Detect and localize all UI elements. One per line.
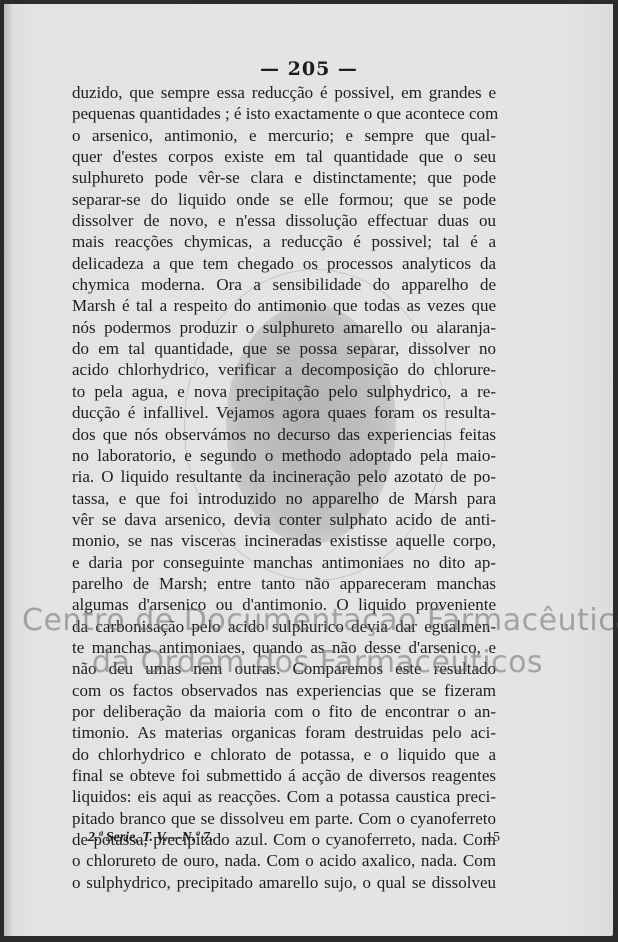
text-line: o arsenico, antimonio, e mercurio; e sem… bbox=[72, 125, 496, 146]
text-line: duzido, que sempre essa reducção é possi… bbox=[72, 82, 496, 103]
text-line: pitado branco que se dissolveu em parte.… bbox=[72, 808, 496, 829]
text-line: do chlorhydrico e chlorato de potassa, e… bbox=[72, 744, 496, 765]
text-line: liquidos: eis aqui as reacções. Com a po… bbox=[72, 786, 496, 807]
text-line: dissolver de novo, e n'essa dissolução e… bbox=[72, 210, 496, 231]
text-line: te manchas antimoniaes, quando as não de… bbox=[72, 637, 496, 658]
text-line: o chlorureto de ouro, nada. Com o acido … bbox=[72, 850, 496, 871]
text-line: do em tal quantidade, que se possa separ… bbox=[72, 338, 496, 359]
text-line: monio, se nas visceras incineradas exist… bbox=[72, 530, 496, 551]
signature-mark: 2.ª Serie, T. V.—N.º 7. bbox=[88, 830, 213, 846]
text-line: to pela agua, e nova precipitação pelo s… bbox=[72, 381, 496, 402]
text-line: quer d'estes corpos existe em tal quanti… bbox=[72, 146, 496, 167]
text-line: timonio. As materias organicas foram des… bbox=[72, 722, 496, 743]
text-line: ducção é infallivel. Vejamos agora quaes… bbox=[72, 402, 496, 423]
text-line: delicadeza a que tem chegado os processo… bbox=[72, 253, 496, 274]
sheet-number: 15 bbox=[486, 830, 500, 846]
text-line: pequenas quantidades ; é isto exactament… bbox=[72, 103, 496, 124]
page-footer: 2.ª Serie, T. V.—N.º 7. 15 bbox=[88, 830, 500, 846]
text-line: parelho de Marsh; entre tanto não appare… bbox=[72, 573, 496, 594]
text-line: no laboratorio, e segundo o methodo adop… bbox=[72, 445, 496, 466]
text-line: ria. O liquido resultante da incineração… bbox=[72, 466, 496, 487]
text-line: por deliberação da maioria com o fito de… bbox=[72, 701, 496, 722]
text-line: o sulphydrico, precipitado amarello sujo… bbox=[72, 872, 496, 893]
text-line: não deu umas nem outras. Comparemos este… bbox=[72, 658, 496, 679]
text-line: da carbonisação pelo acido sulphurico de… bbox=[72, 616, 496, 637]
page-number-header: — 205 — bbox=[0, 58, 618, 80]
text-line: tassa, e que foi introduzido no apparelh… bbox=[72, 488, 496, 509]
text-line: e daria por conseguinte manchas antimoni… bbox=[72, 552, 496, 573]
text-line: dos que nós observámos no decurso das ex… bbox=[72, 424, 496, 445]
text-line: chymica moderna. Ora a sensibilidade do … bbox=[72, 274, 496, 295]
body-text: duzido, que sempre essa reducção é possi… bbox=[72, 82, 496, 893]
text-line: final se obteve foi submettido á acção d… bbox=[72, 765, 496, 786]
text-line: mais reacções chymicas, a reducção é pos… bbox=[72, 231, 496, 252]
text-line: acido chlorhydrico, verificar a decompos… bbox=[72, 359, 496, 380]
text-line: algumas d'arsenico ou d'antimonio. O liq… bbox=[72, 594, 496, 615]
text-line: nós podermos produzir o sulphureto amare… bbox=[72, 317, 496, 338]
text-line: sulphureto pode vêr-se clara e distincta… bbox=[72, 167, 496, 188]
text-line: vêr se dava arsenico, devia conter sulph… bbox=[72, 509, 496, 530]
text-line: separar-se do liquido onde se elle formo… bbox=[72, 189, 496, 210]
text-line: Marsh é tal a respeito do antimonio que … bbox=[72, 295, 496, 316]
text-line: com os factos observados nas experiencia… bbox=[72, 680, 496, 701]
scanned-page-view: — 205 — duzido, que sempre essa reducção… bbox=[0, 0, 618, 942]
